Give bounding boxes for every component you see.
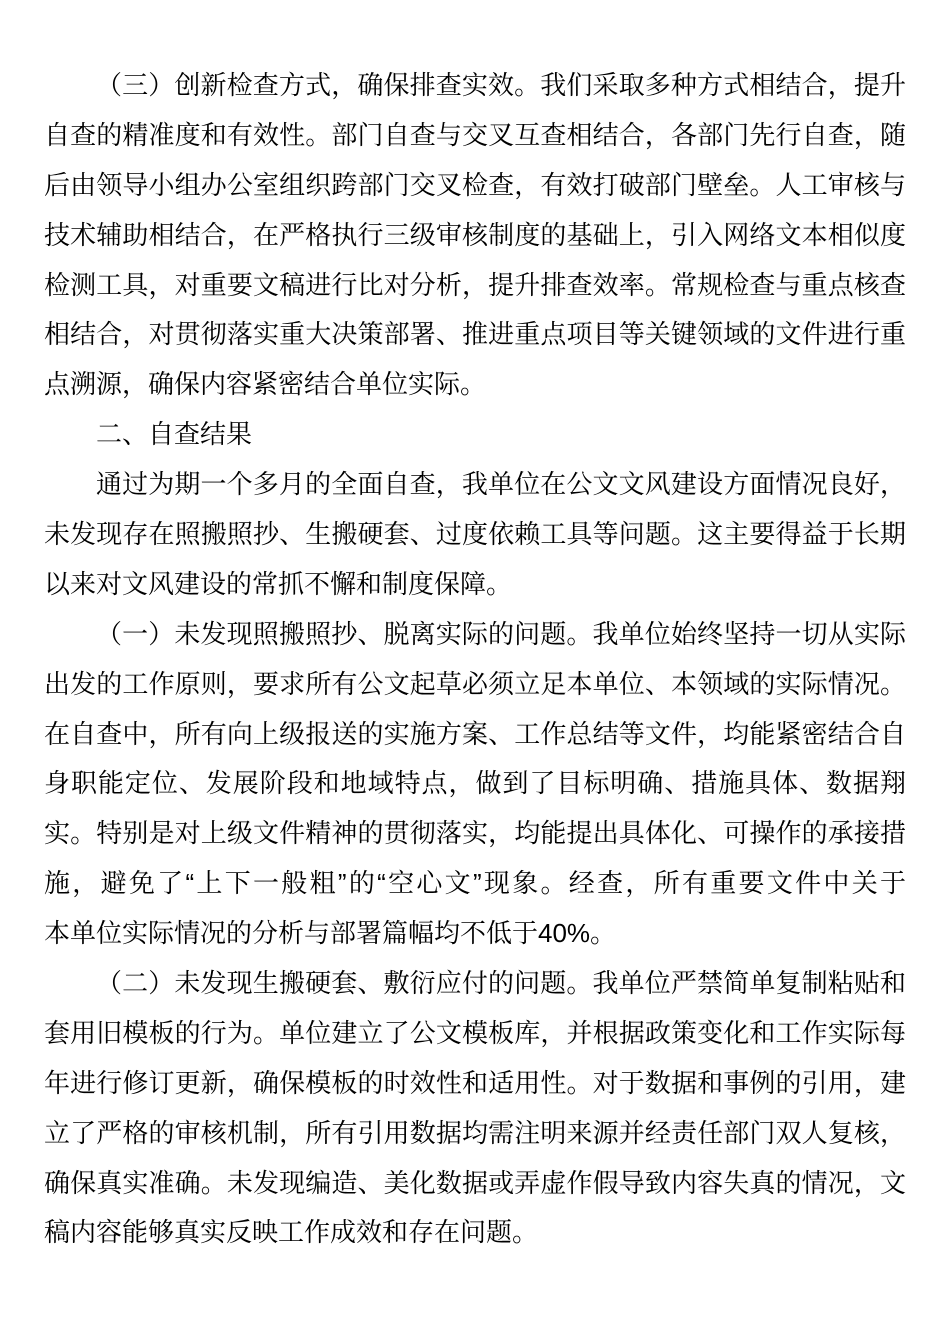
text-line: （一）未发现照搬照抄、脱离实际的问题。我单位始终坚持一切从实际 bbox=[44, 610, 906, 660]
text-line: 点溯源，确保内容紧密结合单位实际。 bbox=[44, 360, 906, 410]
section-heading: 二、自查结果 bbox=[44, 410, 906, 460]
text-line: 在自查中，所有向上级报送的实施方案、工作总结等文件，均能紧密结合自 bbox=[44, 710, 906, 760]
text-line: 技术辅助相结合，在严格执行三级审核制度的基础上，引入网络文本相似度 bbox=[44, 211, 906, 261]
text-line: 稿内容能够真实反映工作成效和存在问题。 bbox=[44, 1208, 906, 1258]
text-line: 相结合，对贯彻落实重大决策部署、推进重点项目等关键领域的文件进行重 bbox=[44, 310, 906, 360]
text-line: 本单位实际情况的分析与部署篇幅均不低于40%。 bbox=[44, 909, 906, 959]
text-line: 身职能定位、发展阶段和地域特点，做到了目标明确、措施具体、数据翔 bbox=[44, 759, 906, 809]
text-line: 出发的工作原则，要求所有公文起草必须立足本单位、本领域的实际情况。 bbox=[44, 660, 906, 710]
text-line: 通过为期一个多月的全面自查，我单位在公文文风建设方面情况良好， bbox=[44, 460, 906, 510]
text-line: 确保真实准确。未发现编造、美化数据或弄虚作假导致内容失真的情况，文 bbox=[44, 1159, 906, 1209]
document-body: （三）创新检查方式，确保排查实效。我们采取多种方式相结合，提升 自查的精准度和有… bbox=[44, 61, 906, 1258]
text-line: 年进行修订更新，确保模板的时效性和适用性。对于数据和事例的引用，建 bbox=[44, 1059, 906, 1109]
text-line: 自查的精准度和有效性。部门自查与交叉互查相结合，各部门先行自查，随 bbox=[44, 111, 906, 161]
text-line: （三）创新检查方式，确保排查实效。我们采取多种方式相结合，提升 bbox=[44, 61, 906, 111]
text-line: 实。特别是对上级文件精神的贯彻落实，均能提出具体化、可操作的承接措 bbox=[44, 809, 906, 859]
text-line: 以来对文风建设的常抓不懈和制度保障。 bbox=[44, 560, 906, 610]
text-line: 套用旧模板的行为。单位建立了公文模板库，并根据政策变化和工作实际每 bbox=[44, 1009, 906, 1059]
text-line: 施，避免了“上下一般粗”的“空心文”现象。经查，所有重要文件中关于 bbox=[44, 859, 906, 909]
text-line: （二）未发现生搬硬套、敷衍应付的问题。我单位严禁简单复制粘贴和 bbox=[44, 959, 906, 1009]
text-line: 后由领导小组办公室组织跨部门交叉检查，有效打破部门壁垒。人工审核与 bbox=[44, 161, 906, 211]
text-line: 检测工具，对重要文稿进行比对分析，提升排查效率。常规检查与重点核查 bbox=[44, 261, 906, 311]
text-line: 未发现存在照搬照抄、生搬硬套、过度依赖工具等问题。这主要得益于长期 bbox=[44, 510, 906, 560]
text-line: 立了严格的审核机制，所有引用数据均需注明来源并经责任部门双人复核， bbox=[44, 1109, 906, 1159]
document-page: （三）创新检查方式，确保排查实效。我们采取多种方式相结合，提升 自查的精准度和有… bbox=[0, 0, 950, 1344]
